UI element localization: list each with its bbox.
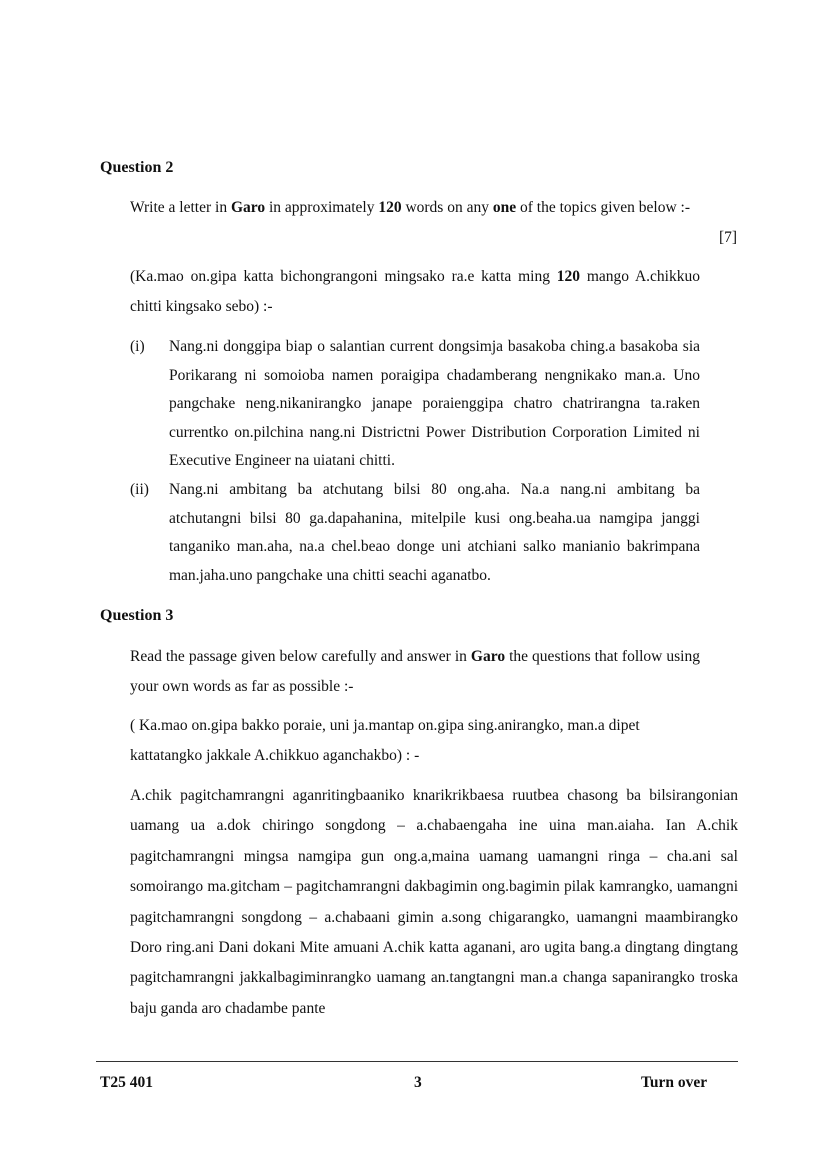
question-2-marks: [7] (719, 223, 737, 253)
topic-text: Nang.ni donggipa biap o salantian curren… (169, 333, 700, 476)
topic-item: (i) Nang.ni donggipa biap o salantian cu… (130, 333, 700, 476)
paper-code: T25 401 (100, 1073, 153, 1093)
question-3-heading: Question 3 (100, 606, 173, 626)
question-2-instruction-garo: (Ka.mao on.gipa katta bichongrangoni min… (130, 262, 700, 322)
exam-page: Question 2 Write a letter in Garo in app… (0, 0, 826, 1169)
emphasis-language: Garo (231, 199, 265, 216)
emphasis-language: Garo (471, 648, 505, 665)
question-3-instruction-garo: ( Ka.mao on.gipa bakko poraie, uni ja.ma… (130, 711, 700, 771)
question-3-instruction-english: Read the passage given below carefully a… (130, 642, 700, 702)
topic-item: (ii) Nang.ni ambitang ba atchutang bilsi… (130, 476, 700, 590)
turn-over-label: Turn over (641, 1073, 707, 1093)
emphasis-one: one (493, 199, 516, 216)
question-2-instruction-english: Write a letter in Garo in approximately … (130, 193, 700, 223)
reading-passage: A.chik pagitchamrangni aganritingbaaniko… (130, 781, 738, 1024)
emphasis-word-count: 120 (378, 199, 401, 216)
question-2-heading: Question 2 (100, 158, 173, 178)
topic-number: (ii) (130, 476, 149, 505)
emphasis-word-count: 120 (557, 268, 580, 285)
topic-number: (i) (130, 333, 145, 362)
page-number: 3 (414, 1073, 422, 1093)
footer-divider (96, 1061, 738, 1062)
topic-text: Nang.ni ambitang ba atchutang bilsi 80 o… (169, 476, 700, 590)
